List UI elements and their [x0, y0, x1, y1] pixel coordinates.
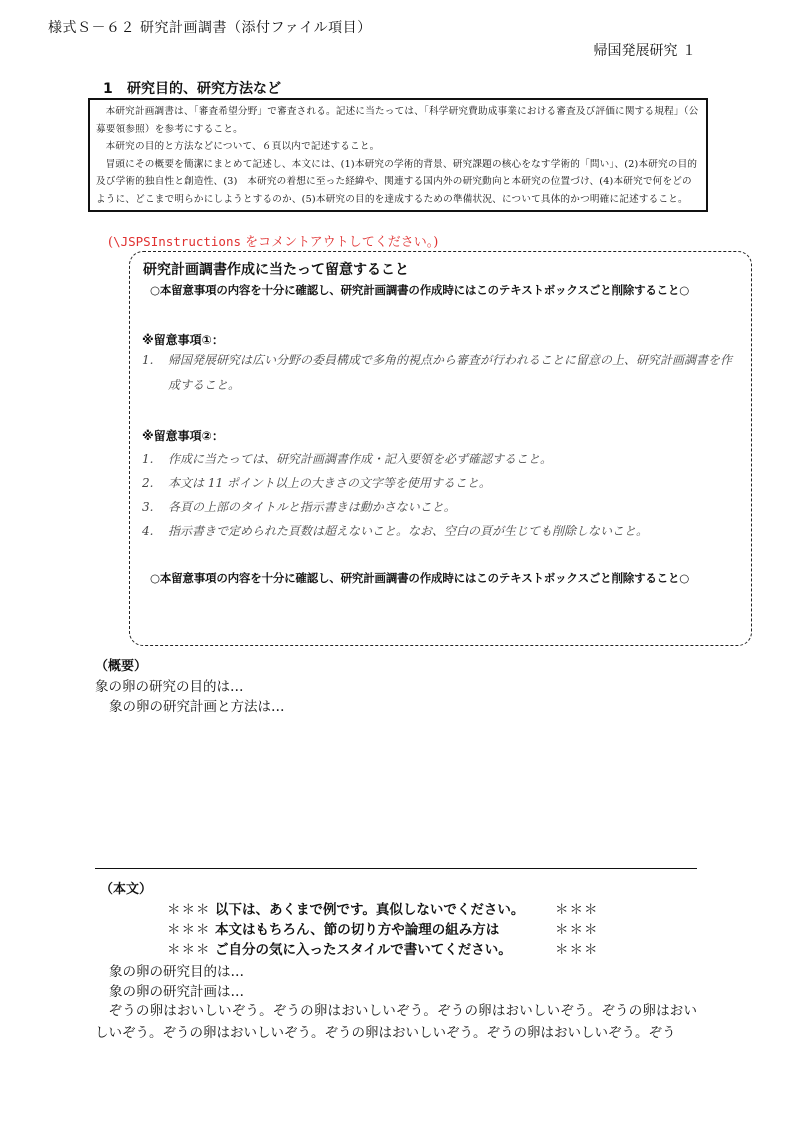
- item-number: 2.: [142, 471, 168, 496]
- item-text: 各頁の上部のタイトルと指示書きは動かさないこと。: [168, 500, 456, 514]
- latex-command: \JSPSInstructions: [113, 234, 241, 249]
- item-number: 1.: [142, 447, 168, 472]
- notice-group2-heading: ※留意事項②：: [142, 427, 224, 444]
- example-notice-text: 以下は、あくまで例です。真似しないでください。: [215, 898, 555, 918]
- item-text: 指示書きで定められた頁数は超えないこと。なお、空白の頁が生じても削除しないこと。: [168, 524, 648, 538]
- body-line: 象の卵の研究目的は…: [109, 960, 244, 980]
- instruction-paragraph: 本研究計画調書は、「審査希望分野」で審査される。記述に当たっては、「科学研究費助…: [96, 103, 700, 138]
- instruction-paragraph: 本研究の目的と方法などについて、６頁以内で記述すること。: [96, 138, 700, 156]
- research-category: 帰国発展研究 １: [594, 40, 696, 60]
- overview-label: （概要）: [95, 655, 147, 674]
- stars-left: ＊＊＊: [167, 918, 215, 938]
- section-divider: [95, 868, 697, 869]
- notice-item: 4.指示書きで定められた頁数は超えないこと。なお、空白の頁が生じても削除しないこ…: [142, 519, 742, 544]
- form-title: 様式Ｓ－６２ 研究計画調書（添付ファイル項目）: [48, 17, 372, 37]
- stars-left: ＊＊＊: [167, 898, 215, 918]
- item-number: 3.: [142, 495, 168, 520]
- comment-out-note: (\JSPSInstructions をコメントアウトしてください。): [108, 231, 438, 250]
- section-title: 研究目的、研究方法など: [127, 81, 281, 97]
- stars-right: ＊＊＊: [555, 918, 603, 938]
- example-notice-line: ＊＊＊ご自分の気に入ったスタイルで書いてください。＊＊＊: [167, 938, 603, 958]
- notice-delete-instruction-bottom: ○本留意事項の内容を十分に確認し、研究計画調書の作成時にはこのテキストボックスご…: [150, 570, 689, 586]
- notice-item: 1.帰国発展研究は広い分野の委員構成で多角的視点から審査が行われることに留意の上…: [142, 348, 742, 398]
- example-notice-text: ご自分の気に入ったスタイルで書いてください。: [215, 938, 555, 958]
- body-line: 象の卵の研究計画は…: [109, 980, 244, 1000]
- item-text: 帰国発展研究は広い分野の委員構成で多角的視点から審査が行われることに留意の上、研…: [168, 353, 732, 367]
- body-label: （本文）: [100, 878, 152, 897]
- overview-line: 象の卵の研究の目的は…: [95, 675, 244, 695]
- stars-right: ＊＊＊: [555, 938, 603, 958]
- item-text: 本文は 11 ポイント以上の大きさの文字等を使用すること。: [168, 476, 491, 490]
- instruction-paragraph: 冒頭にその概要を簡潔にまとめて記述し、本文には、(1)本研究の学術的背景、研究課…: [96, 156, 700, 209]
- instruction-box: 本研究計画調書は、「審査希望分野」で審査される。記述に当たっては、「科学研究費助…: [88, 98, 708, 212]
- example-notice-text: 本文はもちろん、節の切り方や論理の組み方は: [215, 918, 555, 938]
- example-notice-line: ＊＊＊本文はもちろん、節の切り方や論理の組み方は＊＊＊: [167, 918, 603, 938]
- notice-delete-instruction-top: ○本留意事項の内容を十分に確認し、研究計画調書の作成時にはこのテキストボックスご…: [150, 282, 689, 298]
- stars-left: ＊＊＊: [167, 938, 215, 958]
- item-text-continued: 成すること。: [142, 373, 742, 398]
- comment-note-text: をコメントアウトしてください。): [245, 235, 438, 250]
- section-number: 1: [103, 81, 127, 97]
- section-heading: 1研究目的、研究方法など: [103, 78, 281, 98]
- stars-right: ＊＊＊: [555, 898, 603, 918]
- item-number: 4.: [142, 519, 168, 544]
- item-number: 1.: [142, 348, 168, 373]
- notice-item: 3.各頁の上部のタイトルと指示書きは動かさないこと。: [142, 495, 742, 520]
- item-text: 作成に当たっては、研究計画調書作成・記入要領を必ず確認すること。: [168, 452, 552, 466]
- example-notice-line: ＊＊＊以下は、あくまで例です。真似しないでください。＊＊＊: [167, 898, 603, 918]
- notice-title: 研究計画調書作成に当たって留意すること: [143, 259, 409, 279]
- body-paragraph: ぞうの卵はおいしいぞう。ぞうの卵はおいしいぞう。ぞうの卵はおいしいぞう。ぞうの卵…: [95, 1000, 697, 1044]
- overview-line: 象の卵の研究計画と方法は…: [109, 695, 285, 715]
- notice-item: 1.作成に当たっては、研究計画調書作成・記入要領を必ず確認すること。: [142, 447, 742, 472]
- notice-item: 2.本文は 11 ポイント以上の大きさの文字等を使用すること。: [142, 471, 742, 496]
- notice-group1-heading: ※留意事項①：: [142, 331, 224, 348]
